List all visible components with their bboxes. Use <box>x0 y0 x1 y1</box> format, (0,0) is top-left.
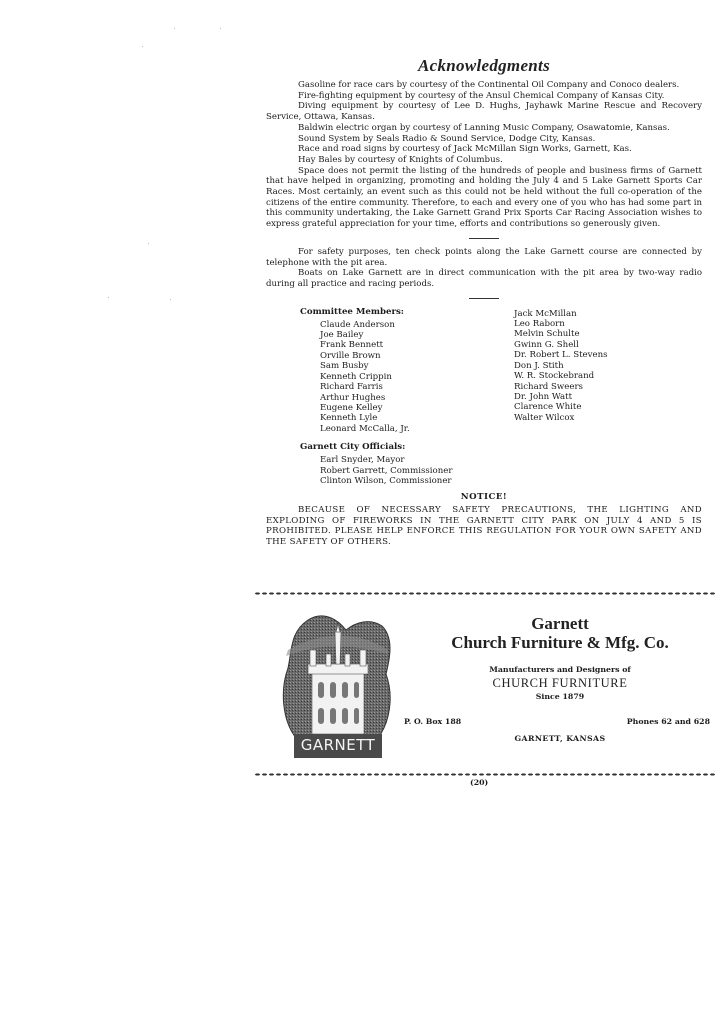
committee-member: Frank Bennett <box>320 340 514 350</box>
ack-paragraph: Gasoline for race cars by courtesy of th… <box>266 80 702 91</box>
committee-member: Kenneth Lyle <box>320 413 514 423</box>
committee-member: Arthur Hughes <box>320 393 514 403</box>
ad-since: Since 1879 <box>424 692 696 701</box>
advertisement: GARNETT Garnett Church Furniture & Mfg. … <box>254 600 716 770</box>
ad-phones: Phones 62 and 628 <box>627 717 710 726</box>
ack-paragraph: Space does not permit the listing of the… <box>266 166 702 230</box>
ack-paragraph: Hay Bales by courtesy of Knights of Colu… <box>266 155 702 166</box>
committee-column-left: Claude AndersonJoe BaileyFrank BennettOr… <box>320 320 514 434</box>
committee-member: Orville Brown <box>320 351 514 361</box>
company-name-line1: Garnett <box>424 614 696 633</box>
document-page: Acknowledgments Gasoline for race cars b… <box>266 56 702 547</box>
dotted-divider-top <box>254 592 716 595</box>
ack-paragraph: Race and road signs by courtesy of Jack … <box>266 144 702 155</box>
dotted-divider-bottom <box>254 773 716 776</box>
city-official: Clinton Wilson, Commissioner <box>320 476 702 486</box>
ad-po-box: P. O. Box 188 <box>404 717 461 726</box>
logo-label: GARNETT <box>294 736 382 754</box>
committee-member: Leonard McCalla, Jr. <box>320 424 514 434</box>
committee-member: W. R. Stockebrand <box>514 371 608 381</box>
city-official: Robert Garrett, Commissioner <box>320 466 702 476</box>
scan-speck <box>220 28 221 29</box>
committee-member: Kenneth Crippin <box>320 372 514 382</box>
committee-heading: Committee Members: <box>300 307 702 318</box>
ack-paragraph: Diving equipment by courtesy of Lee D. H… <box>266 101 702 122</box>
page-number: (20) <box>470 778 488 787</box>
ad-city: GARNETT, KANSAS <box>424 734 696 743</box>
scan-speck <box>170 299 171 300</box>
committee-member: Jack McMillan <box>514 309 608 319</box>
ack-paragraph: Sound System by Seals Radio & Sound Serv… <box>266 134 702 145</box>
company-name-line2: Church Furniture & Mfg. Co. <box>408 633 712 653</box>
ad-product: CHURCH FURNITURE <box>424 676 696 691</box>
committee-member: Dr. John Watt <box>514 392 608 402</box>
ack-paragraph: Baldwin electric organ by courtesy of La… <box>266 123 702 134</box>
safety-paragraph: For safety purposes, ten check points al… <box>266 247 702 268</box>
section-divider <box>469 298 499 299</box>
officials-list: Earl Snyder, MayorRobert Garrett, Commis… <box>320 455 702 486</box>
scan-speck <box>174 28 175 29</box>
committee-member: Melvin Schulte <box>514 329 608 339</box>
notice-text-body: BECAUSE OF NECESSARY SAFETY PRECAUTIONS,… <box>266 505 702 546</box>
scan-speck <box>148 243 149 244</box>
committee-member: Walter Wilcox <box>514 413 608 423</box>
notice-heading: NOTICE! <box>266 492 702 502</box>
notice-text: BECAUSE OF NECESSARY SAFETY PRECAUTIONS,… <box>266 505 702 547</box>
committee-list: Claude AndersonJoe BaileyFrank BennettOr… <box>320 320 702 434</box>
committee-column-right: Jack McMillanLeo RabornMelvin SchulteGwi… <box>514 309 608 434</box>
committee-member: Clarence White <box>514 402 608 412</box>
ack-paragraph: Fire-fighting equipment by courtesy of t… <box>266 91 702 102</box>
committee-member: Eugene Kelley <box>320 403 514 413</box>
committee-member: Richard Farris <box>320 382 514 392</box>
committee-member: Gwinn G. Shell <box>514 340 608 350</box>
ad-tagline: Manufacturers and Designers of <box>424 665 696 674</box>
safety-paragraph: Boats on Lake Garnett are in direct comm… <box>266 268 702 289</box>
scan-speck <box>142 46 143 47</box>
committee-member: Don J. Stith <box>514 361 608 371</box>
officials-heading: Garnett City Officials: <box>300 442 702 453</box>
committee-member: Dr. Robert L. Stevens <box>514 350 608 360</box>
committee-member: Claude Anderson <box>320 320 514 330</box>
ad-text-block: Garnett Church Furniture & Mfg. Co. Manu… <box>424 614 696 743</box>
acknowledgments-section: Gasoline for race cars by courtesy of th… <box>266 80 702 230</box>
committee-member: Richard Sweers <box>514 382 608 392</box>
committee-member: Leo Raborn <box>514 319 608 329</box>
ad-contact-row: P. O. Box 188 Phones 62 and 628 <box>404 717 710 726</box>
committee-member: Joe Bailey <box>320 330 514 340</box>
city-official: Earl Snyder, Mayor <box>320 455 702 465</box>
section-divider <box>469 238 499 239</box>
page-title: Acknowledgments <box>266 56 702 76</box>
scan-speck <box>108 297 109 298</box>
committee-member: Sam Busby <box>320 361 514 371</box>
safety-section: For safety purposes, ten check points al… <box>266 247 702 290</box>
